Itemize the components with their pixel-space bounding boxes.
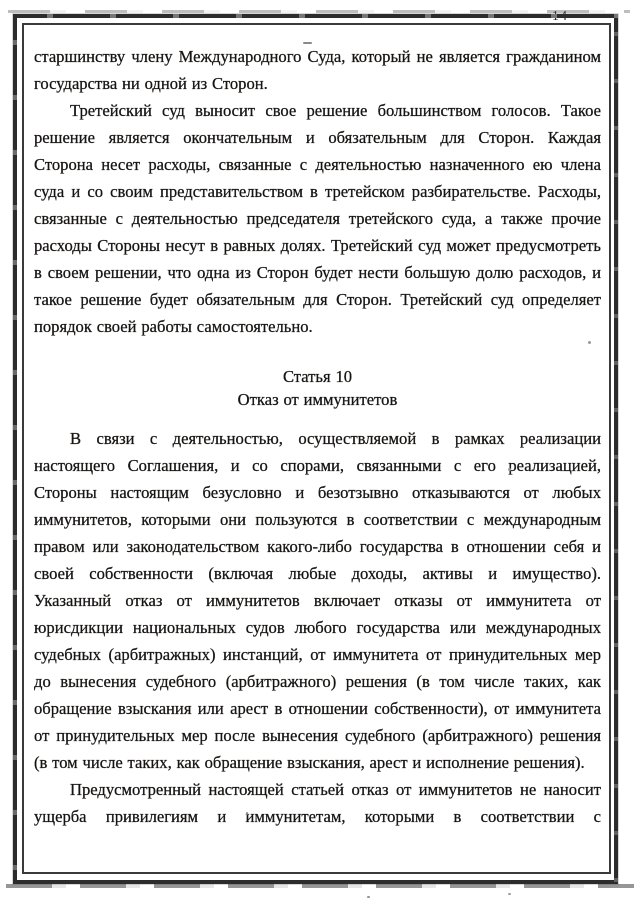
scan-smudge-top bbox=[8, 10, 630, 13]
article-title: Отказ от иммунитетов bbox=[34, 388, 601, 411]
article-number: Статья 10 bbox=[34, 365, 601, 388]
paragraph-continuation-from-previous-page: старшинству члену Международного Суда, к… bbox=[34, 43, 601, 97]
scan-speckle bbox=[508, 893, 511, 895]
paragraph-arbitration-court-decision: Третейский суд выносит свое решение боль… bbox=[34, 97, 601, 340]
scan-speckle bbox=[246, 812, 248, 815]
document-text-block: старшинству члену Международного Суда, к… bbox=[34, 43, 601, 871]
scan-speckle bbox=[508, 468, 511, 471]
paragraph-immunity-waiver: В связи с деятельностью, осуществляемой … bbox=[34, 425, 601, 776]
scan-speckle bbox=[588, 341, 591, 344]
border-scan-texture-top bbox=[13, 14, 618, 18]
border-scan-texture-right bbox=[614, 14, 618, 884]
paragraph-privileges-continued-next-page: Предусмотренный настоящей статьей отказ … bbox=[34, 776, 601, 830]
scan-speckle bbox=[367, 896, 370, 898]
scan-speckle bbox=[303, 42, 312, 44]
article-heading: Статья 10 Отказ от иммунитетов bbox=[34, 365, 601, 411]
scanned-document-page: 14 старшинству члену Международного Суда… bbox=[0, 0, 640, 905]
scan-smudge-bottom bbox=[6, 884, 634, 888]
border-scan-texture-left bbox=[13, 14, 17, 884]
